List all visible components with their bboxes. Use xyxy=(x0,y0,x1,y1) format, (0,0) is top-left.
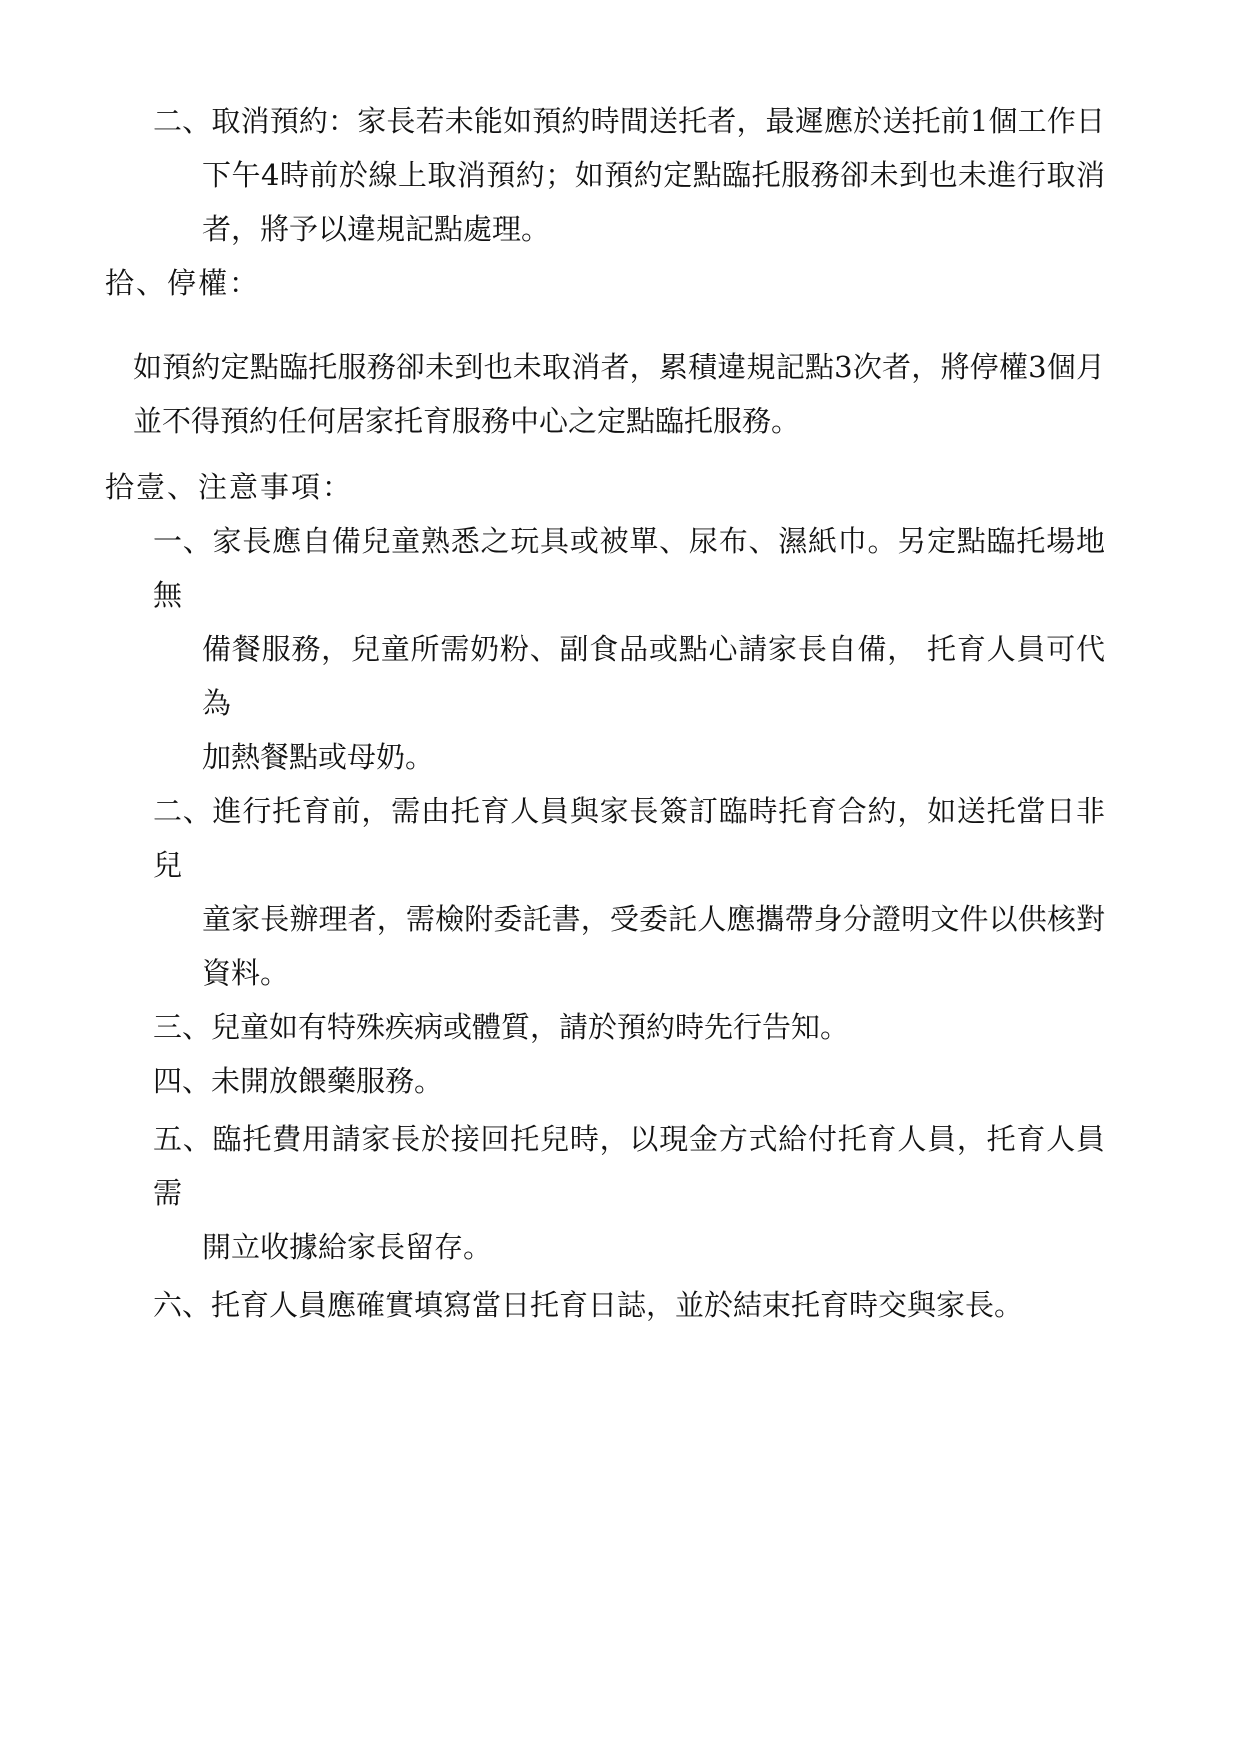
item-text: 進行托育前，需由托育人員與家長簽訂臨時托育合約，如送托當日非兒 xyxy=(153,794,1105,882)
section-heading-notes: 拾壹、注意事項： xyxy=(0,460,1241,514)
list-item-cancel-reservation: 二、取消預約：家長若未能如預約時間送托者，最遲應於送托前1個工作日 下午4時前於… xyxy=(0,94,1241,256)
heading-text: 拾壹、注意事項： xyxy=(105,460,1241,514)
item-text: 家長應自備兒童熟悉之玩具或被單、尿布、濕紙巾。另定點臨托場地無 xyxy=(153,524,1105,612)
body-line: 如預約定點臨托服務卻未到也未取消者，累積違規記點3次者，將停權3個月 xyxy=(133,340,1105,394)
item-first-line: 二、進行托育前，需由托育人員與家長簽訂臨時托育合約，如送托當日非兒 xyxy=(153,784,1105,892)
item-line: 備餐服務，兒童所需奶粉、副食品或點心請家長自備， 托育人員可代為 xyxy=(202,622,1105,730)
item-first-line: 二、取消預約：家長若未能如預約時間送托者，最遲應於送托前1個工作日 xyxy=(153,94,1105,148)
item-marker: 一、 xyxy=(153,524,213,558)
item-text: 臨托費用請家長於接回托兒時，以現金方式給付托育人員，托育人員需 xyxy=(153,1122,1105,1210)
item-first-line: 一、家長應自備兒童熟悉之玩具或被單、尿布、濕紙巾。另定點臨托場地無 xyxy=(153,514,1105,622)
list-item-note-6: 六、托育人員應確實填寫當日托育日誌，並於結束托育時交與家長。 xyxy=(0,1278,1241,1332)
document-body: 二、取消預約：家長若未能如預約時間送托者，最遲應於送托前1個工作日 下午4時前於… xyxy=(0,0,1241,1332)
item-marker: 四、 xyxy=(153,1064,211,1098)
item-line: 加熱餐點或母奶。 xyxy=(202,730,1105,784)
item-marker: 三、 xyxy=(153,1010,211,1044)
section-body-suspension: 如預約定點臨托服務卻未到也未取消者，累積違規記點3次者，將停權3個月 並不得預約… xyxy=(0,340,1241,448)
body-line: 並不得預約任何居家托育服務中心之定點臨托服務。 xyxy=(133,394,1105,448)
item-first-line: 五、臨托費用請家長於接回托兒時，以現金方式給付托育人員，托育人員需 xyxy=(153,1112,1105,1220)
item-text: 取消預約：家長若未能如預約時間送托者，最遲應於送托前1個工作日 xyxy=(211,104,1105,138)
list-item-note-4: 四、未開放餵藥服務。 xyxy=(0,1054,1241,1108)
item-first-line: 四、未開放餵藥服務。 xyxy=(153,1054,1105,1108)
item-text: 托育人員應確實填寫當日托育日誌，並於結束托育時交與家長。 xyxy=(211,1288,1023,1322)
item-first-line: 三、兒童如有特殊疾病或體質，請於預約時先行告知。 xyxy=(153,1000,1105,1054)
item-line: 開立收據給家長留存。 xyxy=(202,1220,1105,1274)
list-item-note-3: 三、兒童如有特殊疾病或體質，請於預約時先行告知。 xyxy=(0,1000,1241,1054)
item-line: 資料。 xyxy=(202,946,1105,1000)
document-page: 二、取消預約：家長若未能如預約時間送托者，最遲應於送托前1個工作日 下午4時前於… xyxy=(0,0,1241,1755)
item-marker: 二、 xyxy=(153,794,213,828)
list-item-note-5: 五、臨托費用請家長於接回托兒時，以現金方式給付托育人員，托育人員需 開立收據給家… xyxy=(0,1112,1241,1274)
item-text: 未開放餵藥服務。 xyxy=(211,1064,443,1098)
list-item-note-1: 一、家長應自備兒童熟悉之玩具或被單、尿布、濕紙巾。另定點臨托場地無 備餐服務，兒… xyxy=(0,514,1241,784)
list-item-note-2: 二、進行托育前，需由托育人員與家長簽訂臨時托育合約，如送托當日非兒 童家長辦理者… xyxy=(0,784,1241,1000)
item-line: 者，將予以違規記點處理。 xyxy=(202,202,1105,256)
heading-text: 拾、停權： xyxy=(105,256,1241,310)
item-line: 下午4時前於線上取消預約；如預約定點臨托服務卻未到也未進行取消 xyxy=(202,148,1105,202)
section-heading-suspension: 拾、停權： xyxy=(0,256,1241,310)
item-first-line: 六、托育人員應確實填寫當日托育日誌，並於結束托育時交與家長。 xyxy=(153,1278,1105,1332)
item-marker: 二、 xyxy=(153,104,211,138)
item-marker: 六、 xyxy=(153,1288,211,1322)
item-line: 童家長辦理者，需檢附委託書，受委託人應攜帶身分證明文件以供核對 xyxy=(202,892,1105,946)
item-marker: 五、 xyxy=(153,1122,213,1156)
item-text: 兒童如有特殊疾病或體質，請於預約時先行告知。 xyxy=(211,1010,849,1044)
